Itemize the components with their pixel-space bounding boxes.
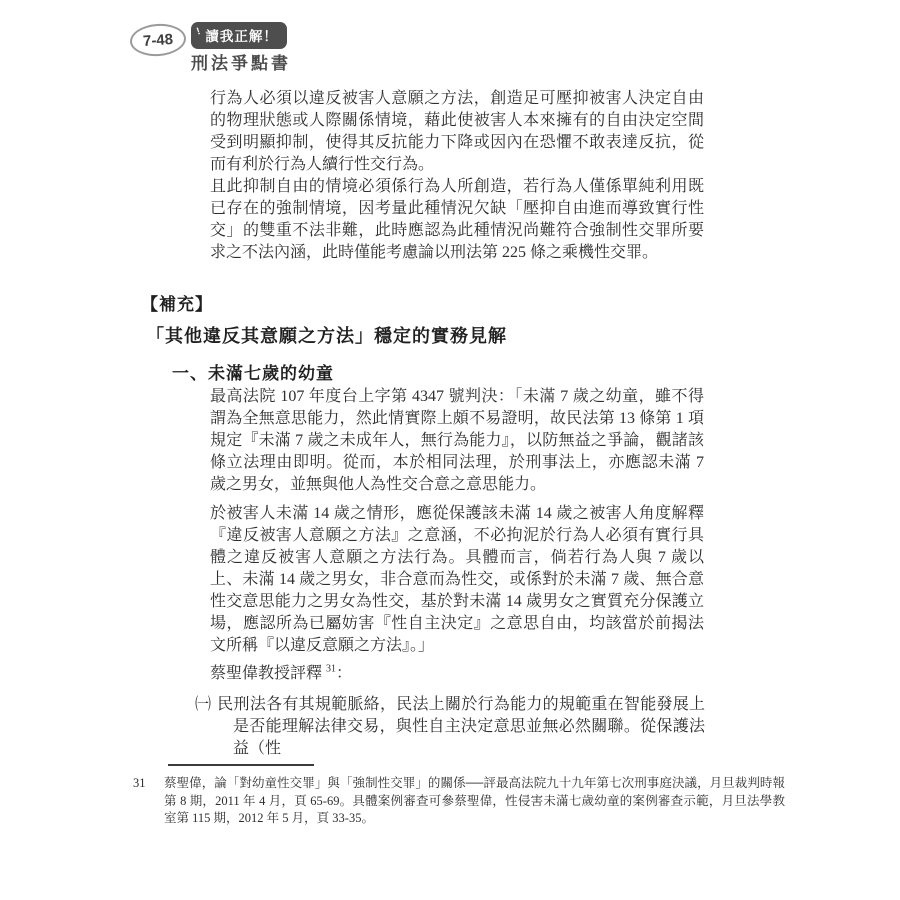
footnote: 31 蔡聖偉，論「對幼童性交罪」與「強制性交罪」的關係──評最高法院九十九年第七… [133,775,785,828]
book-page: 7-48 ! 讀我正解！ 刑法爭點書 行為人必須以違反被害人意願之方法，創造足可… [0,0,900,900]
judgment-paragraph-2: 於被害人未滿 14 歲之情形，應從保護該未滿 14 歲之被害人角度解釋『違反被害… [210,503,704,657]
commentary-list-item: ㈠民刑法各有其規範脈絡，民法上關於行為能力的規範重在智能發展上是否能理解法律交易… [195,694,705,760]
badge-label: 讀我正解！ [205,25,278,45]
commentary-intro-text: 蔡聖偉教授評釋 [210,665,322,682]
intro-paragraphs: 行為人必須以違反被害人意願之方法，創造足可壓抑被害人決定自由的物理狀態或人際關係… [210,88,704,264]
footnote-text: 蔡聖偉，論「對幼童性交罪」與「強制性交罪」的關係──評最高法院九十九年第七次刑事… [164,775,785,828]
header-badge: ! 讀我正解！ [191,22,287,49]
page-number: 7-48 [142,30,173,49]
section-heading: 「其他違反其意願之方法」穩定的實務見解 [146,322,507,348]
badge-tick-icon: ! [196,27,203,38]
footnote-reference: 31 [326,664,336,675]
commentary-intro-line: 蔡聖偉教授評釋 31： [210,663,352,685]
paragraph: 於被害人未滿 14 歲之情形，應從保護該未滿 14 歲之被害人角度解釋『違反被害… [210,503,704,657]
paragraph: 最高法院 107 年度台上字第 4347 號判決：「未滿 7 歲之幼童，雖不得謂… [210,386,704,496]
book-title: 刑法爭點書 [191,49,291,74]
paragraph: 且此抑制自由的情境必須係行為人所創造，若行為人僅係單純利用既已存在的強制情境，因… [210,176,704,264]
list-item-marker: ㈠ [195,696,217,713]
judgment-paragraph-1: 最高法院 107 年度台上字第 4347 號判決：「未滿 7 歲之幼童，雖不得謂… [210,386,704,496]
footnote-number: 31 [133,775,155,828]
subsection-heading: 一、未滿七歲的幼童 [172,359,334,384]
paragraph: 行為人必須以違反被害人意願之方法，創造足可壓抑被害人決定自由的物理狀態或人際關係… [210,88,704,176]
list-item-text: 民刑法各有其規範脈絡，民法上關於行為能力的規範重在智能發展上是否能理解法律交易，… [217,696,705,757]
page-number-oval: 7-48 [129,22,187,58]
supplement-heading: 【補充】 [141,290,213,315]
footnote-separator [168,764,314,766]
commentary-colon: ： [336,665,352,682]
